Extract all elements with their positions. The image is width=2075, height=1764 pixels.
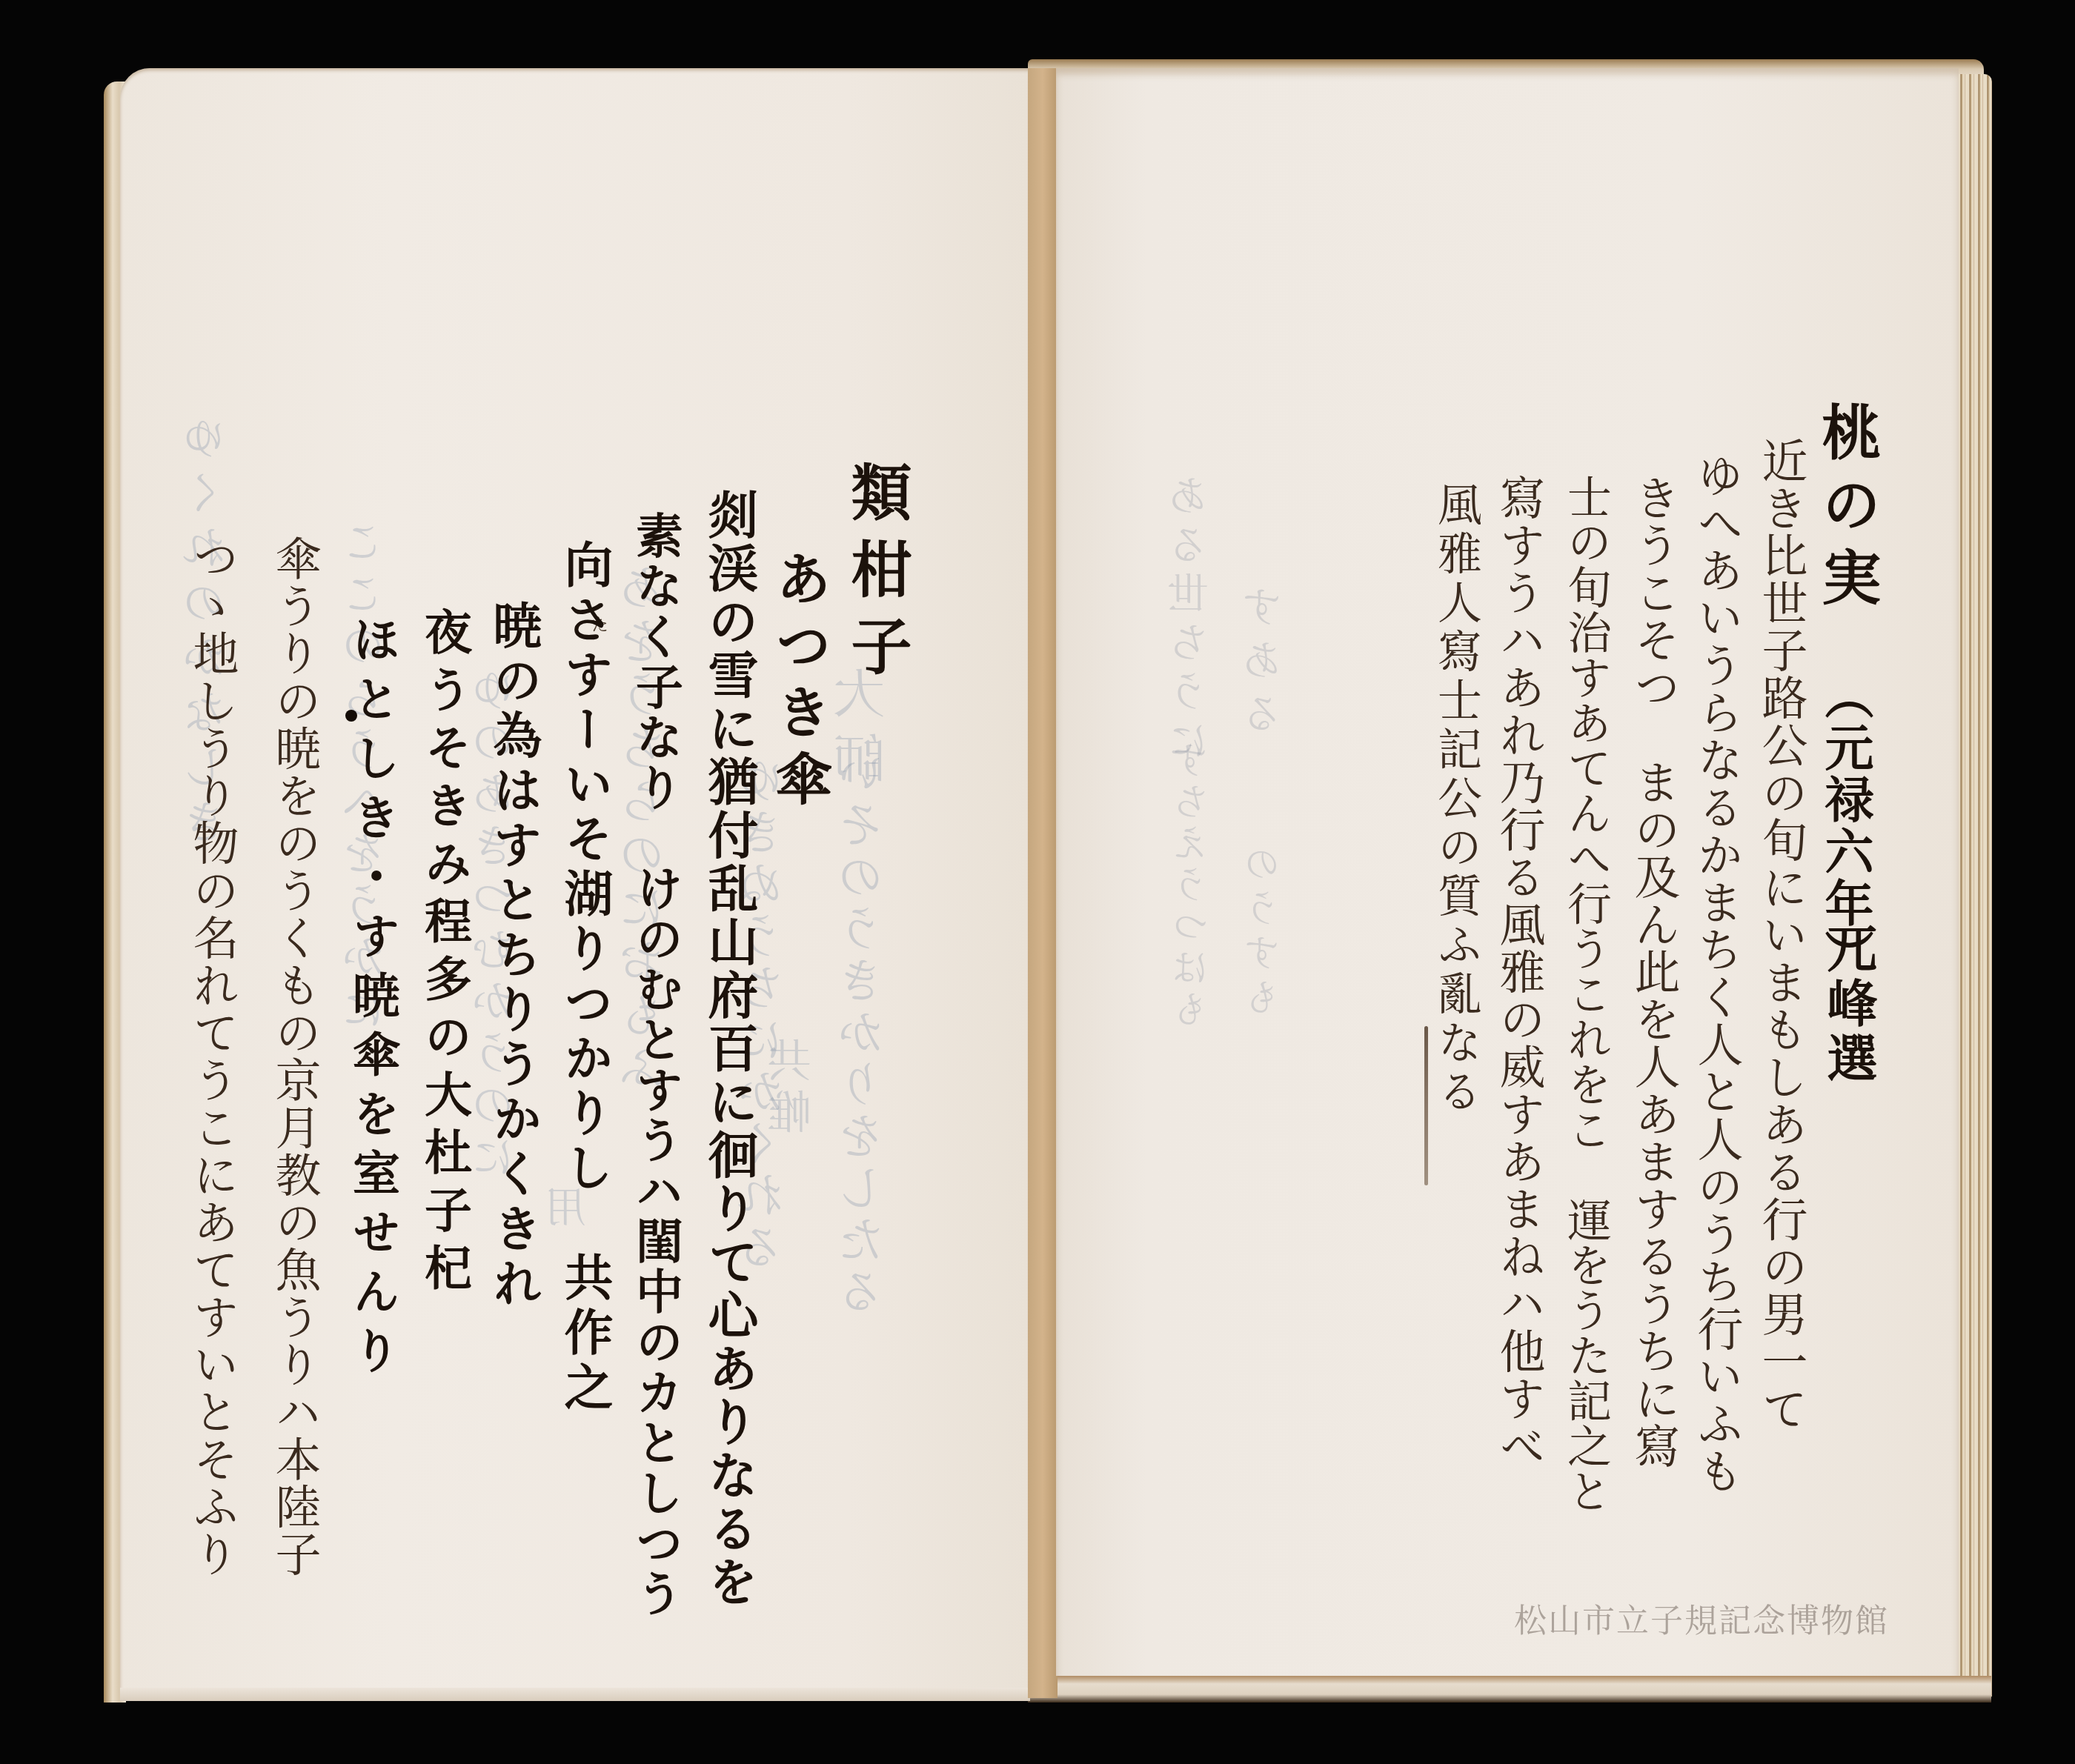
right-column-5: 寫すうハあれ乃行る風雅の威すあまねハ他すべ	[1495, 474, 1541, 1470]
book-spine-gutter	[1028, 68, 1058, 1698]
left-page-subtitle: あつき傘	[771, 550, 827, 816]
ink-blot-mark	[345, 710, 357, 722]
right-column-2: ゆへあいうらなるかまちく人と人のうち行いふも	[1693, 452, 1739, 1495]
left-column-5: 夜うそきみ程多の大杜子杞	[420, 608, 468, 1301]
right-bleed-through-col-b: のうすも	[1246, 845, 1284, 1022]
right-column-6: 風雅人寫士記公の質ふ亂なる	[1434, 482, 1478, 1117]
right-column-3: きうこそつ まの及ん此を人あまするうちに寫	[1630, 474, 1676, 1470]
open-manuscript-book: 大師 共帷 用 いそのうきかりをしたる ゆきぬうちにかくれる あをうちらのにおも…	[0, 0, 2075, 1764]
right-bleed-through-2: すある	[1245, 585, 1286, 745]
right-page-title: 桃の実	[1817, 402, 1876, 619]
right-bleed-through-1: ある世ちうに	[1171, 474, 1212, 768]
left-column-2: 素なく子なり けのむとすうハ閨中のカとしつう	[631, 511, 679, 1620]
left-column-3: 向さすーいそ湖りつかりし 共作之	[560, 539, 609, 1417]
left-page-title: 類柑子	[846, 461, 907, 692]
end-of-text-stroke	[1424, 1026, 1428, 1185]
right-bleed-through-col-a: すちえうつはも	[1175, 741, 1212, 1031]
left-column-6: ほとしき・す暁傘を室せんり	[348, 615, 396, 1385]
right-fore-edge	[1956, 74, 1992, 1697]
right-column-1: 近き比世子路公の旬にいまもしある行の男一て	[1758, 437, 1804, 1433]
right-page-bottom-edge	[1028, 1676, 1991, 1703]
museum-watermark: 松山市立子規記念博物館	[1514, 1594, 1889, 1642]
left-column-7: 傘うりの暁をのうくもの京月教の魚うりハ本陸子	[271, 535, 317, 1578]
left-column-1: 剡渓の雪に猶付乱山府百に徊りて心ありなるを	[704, 489, 754, 1609]
right-page-compiler: 兀峰選	[1823, 922, 1873, 1087]
right-column-4: 士の旬治すあてんへ行うこれをこ 運をうた記之と	[1564, 474, 1608, 1514]
left-column-4: 暁の為はすとちりうかくきれ	[489, 600, 538, 1313]
left-column-8: つゝ地しうり物の名れてうこにあてすいとそふり	[189, 535, 235, 1578]
left-bleed-through-col-a: いそのうきかりをしたる	[841, 748, 889, 1319]
